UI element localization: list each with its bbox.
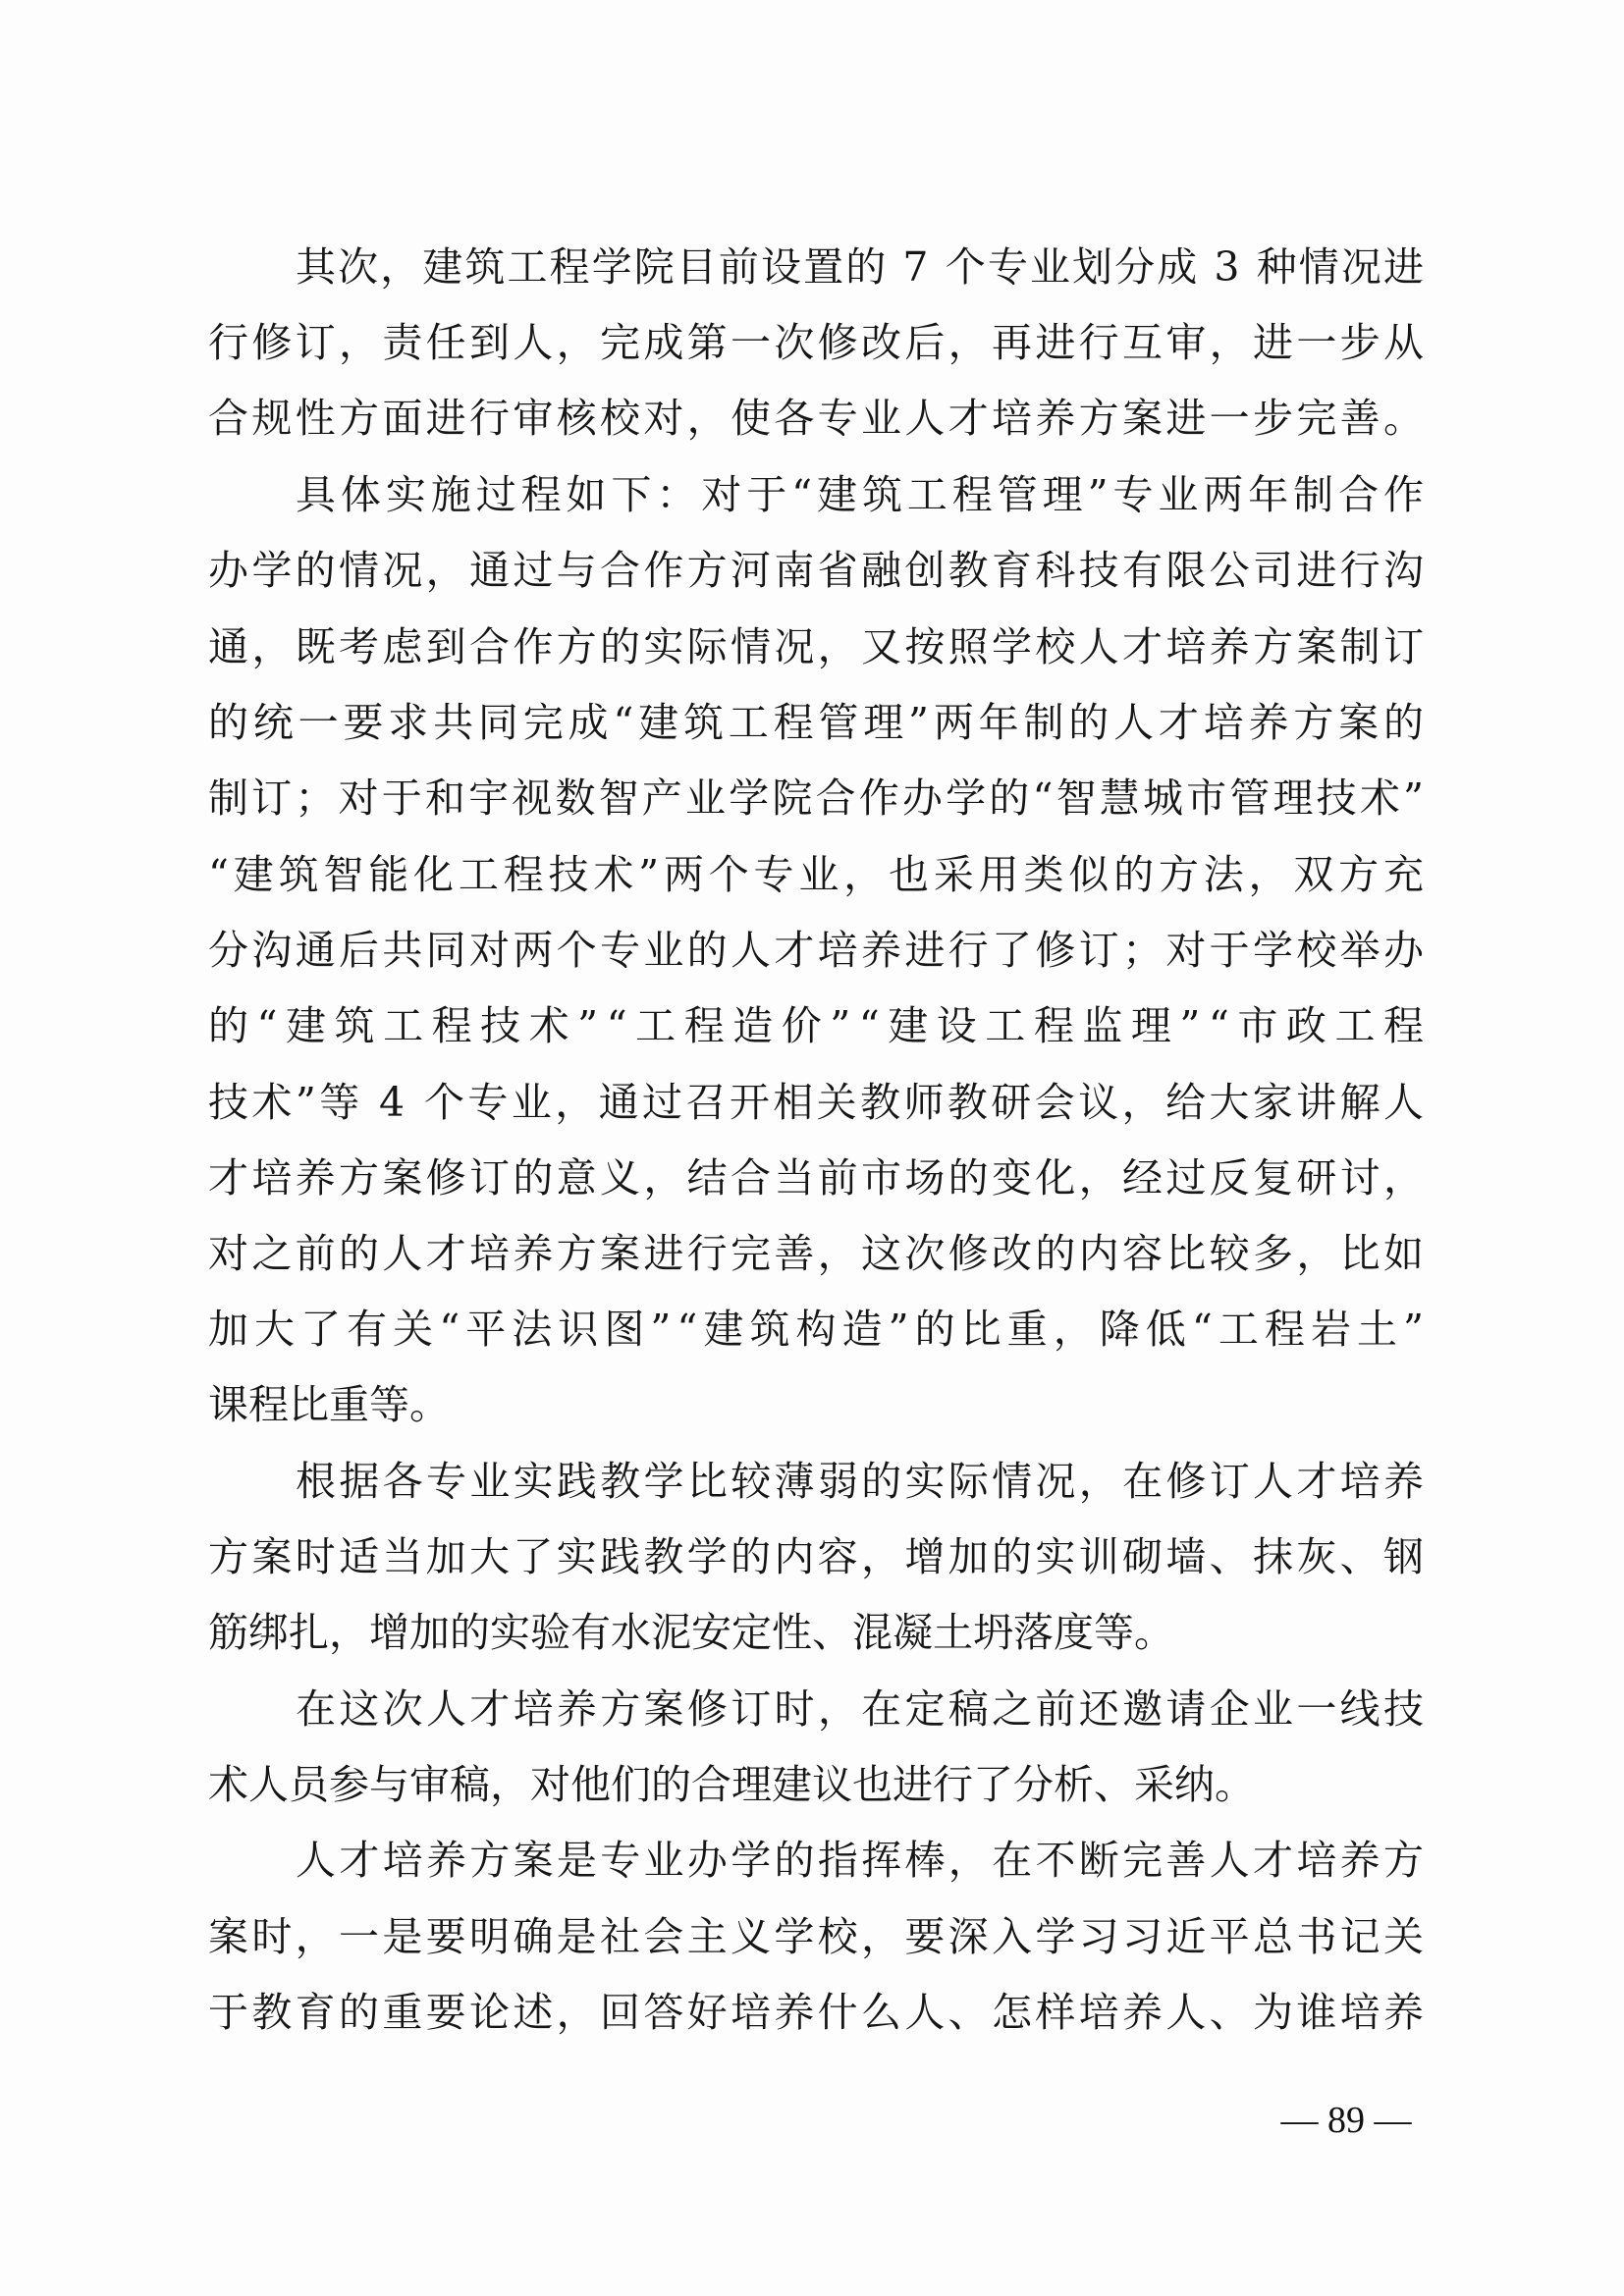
text-line: 分沟通后共同对两个专业的人才培养进行了修订；对于学校举办 — [208, 927, 1424, 974]
text-line: 其次，建筑工程学院目前设置的 7 个专业划分成 3 种情况进 — [296, 243, 1424, 291]
text-line: 在这次人才培养方案修订时，在定稿之前还邀请企业一线技 — [296, 1685, 1424, 1733]
text-line: 具体实施过程如下：对于“建筑工程管理”专业两年制合作 — [296, 471, 1424, 518]
text-line: 行修订，责任到人，完成第一次修改后，再进行互审，进一步从 — [208, 319, 1424, 366]
text-line: 的“建筑工程技术”“工程造价”“建设工程监理”“市政工程 — [208, 1002, 1424, 1049]
text-line: 技术”等 4 个专业，通过召开相关教师教研会议，给大家讲解人 — [208, 1079, 1424, 1126]
text-line: 加大了有关“平法识图”“建筑构造”的比重，降低“工程岩土” — [208, 1306, 1424, 1353]
text-line: 筋绑扎，增加的实验有水泥安定性、混凝土坍落度等。 — [208, 1609, 1424, 1656]
text-line: 人才培养方案是专业办学的指挥棒，在不断完善人才培养方 — [296, 1837, 1424, 1884]
text-line: 制订；对于和宇视数智产业学院合作办学的“智慧城市管理技术” — [208, 774, 1424, 822]
text-line: 于教育的重要论述，回答好培养什么人、怎样培养人、为谁培养 — [208, 1989, 1424, 2036]
text-line: 才培养方案修订的意义，结合当前市场的变化，经过反复研讨， — [208, 1154, 1424, 1201]
page-number: — 89 — — [1267, 2099, 1426, 2142]
text-line: 案时，一是要明确是社会主义学校，要深入学习习近平总书记关 — [208, 1913, 1424, 1960]
text-line: 办学的情况，通过与合作方河南省融创教育科技有限公司进行沟 — [208, 547, 1424, 594]
text-line: 对之前的人才培养方案进行完善，这次修改的内容比较多，比如 — [208, 1230, 1424, 1277]
text-line: 通，既考虑到合作方的实际情况，又按照学校人才培养方案制订 — [208, 623, 1424, 670]
text-line: 合规性方面进行审核校对，使各专业人才培养方案进一步完善。 — [208, 395, 1424, 442]
text-line: “建筑智能化工程技术”两个专业，也采用类似的方法，双方充 — [208, 851, 1424, 898]
text-line: 的统一要求共同完成“建筑工程管理”两年制的人才培养方案的 — [208, 699, 1424, 746]
text-line: 课程比重等。 — [208, 1381, 1424, 1428]
document-page: 其次，建筑工程学院目前设置的 7 个专业划分成 3 种情况进 行修订，责任到人，… — [0, 0, 1624, 2296]
text-line: 根据各专业实践教学比较薄弱的实际情况，在修订人才培养 — [296, 1458, 1424, 1505]
text-line: 术人员参与审稿，对他们的合理建议也进行了分析、采纳。 — [208, 1761, 1424, 1808]
text-line: 方案时适当加大了实践教学的内容，增加的实训砌墙、抹灰、钢 — [208, 1533, 1424, 1580]
